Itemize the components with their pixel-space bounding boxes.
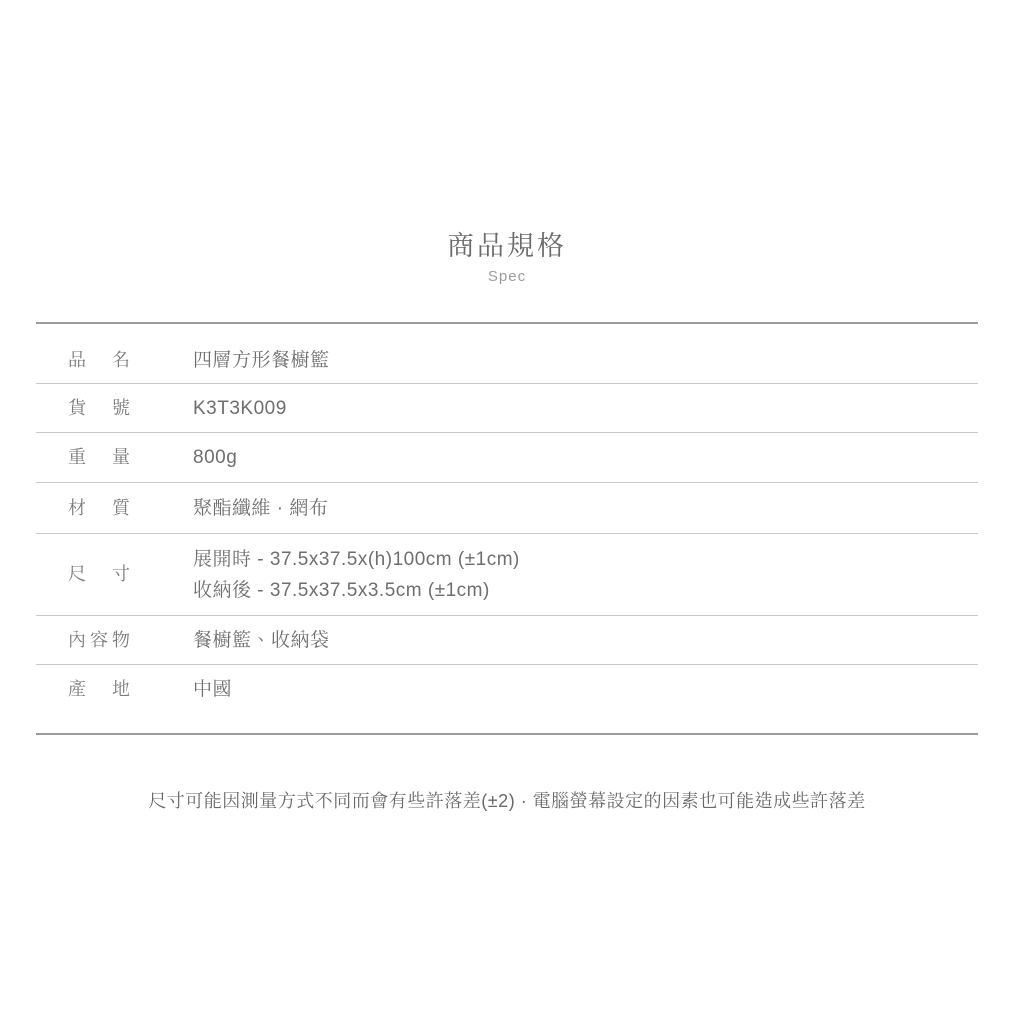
spec-value: 四層方形餐櫥籃 <box>193 348 330 374</box>
spec-value: 餐櫥籃、收納袋 <box>193 628 330 654</box>
spec-row-origin: 產地 中國 <box>36 665 978 733</box>
spec-row-contents: 內容物 餐櫥籃、收納袋 <box>36 616 978 665</box>
spec-label: 重量 <box>68 446 130 469</box>
spec-value-line-folded: 收納後 - 37.5x37.5x3.5cm (±1cm) <box>193 575 520 606</box>
measurement-disclaimer: 尺寸可能因測量方式不同而會有些許落差(±2) · 電腦螢幕設定的因素也可能造成些… <box>36 789 978 814</box>
spec-label: 貨號 <box>68 397 130 420</box>
spec-value: K3T3K009 <box>193 396 287 422</box>
spec-row-item-code: 貨號 K3T3K009 <box>36 384 978 433</box>
spec-header: 商品規格 Spec <box>36 0 978 286</box>
spec-value-group: 展開時 - 37.5x37.5x(h)100cm (±1cm) 收納後 - 37… <box>193 544 520 606</box>
page-subtitle: Spec <box>36 268 978 286</box>
page-title: 商品規格 <box>36 230 978 262</box>
spec-table: 品名 四層方形餐櫥籃 貨號 K3T3K009 重量 800g 材質 聚酯纖維 ·… <box>36 322 978 735</box>
spec-label: 尺寸 <box>68 563 130 586</box>
spec-row-material: 材質 聚酯纖維 · 網布 <box>36 483 978 534</box>
spec-value-line-expanded: 展開時 - 37.5x37.5x(h)100cm (±1cm) <box>193 544 520 575</box>
spec-value: 中國 <box>193 677 232 703</box>
spec-row-dimensions: 尺寸 展開時 - 37.5x37.5x(h)100cm (±1cm) 收納後 -… <box>36 534 978 616</box>
spec-row-weight: 重量 800g <box>36 433 978 483</box>
spec-label: 產地 <box>68 678 130 701</box>
spec-label: 內容物 <box>68 629 130 652</box>
spec-label: 品名 <box>68 349 130 372</box>
spec-value: 800g <box>193 445 237 471</box>
spec-row-product-name: 品名 四層方形餐櫥籃 <box>36 324 978 384</box>
spec-label: 材質 <box>68 497 130 520</box>
spec-value: 聚酯纖維 · 網布 <box>193 496 328 522</box>
spec-page: 商品規格 Spec 品名 四層方形餐櫥籃 貨號 K3T3K009 重量 800g… <box>36 0 978 815</box>
